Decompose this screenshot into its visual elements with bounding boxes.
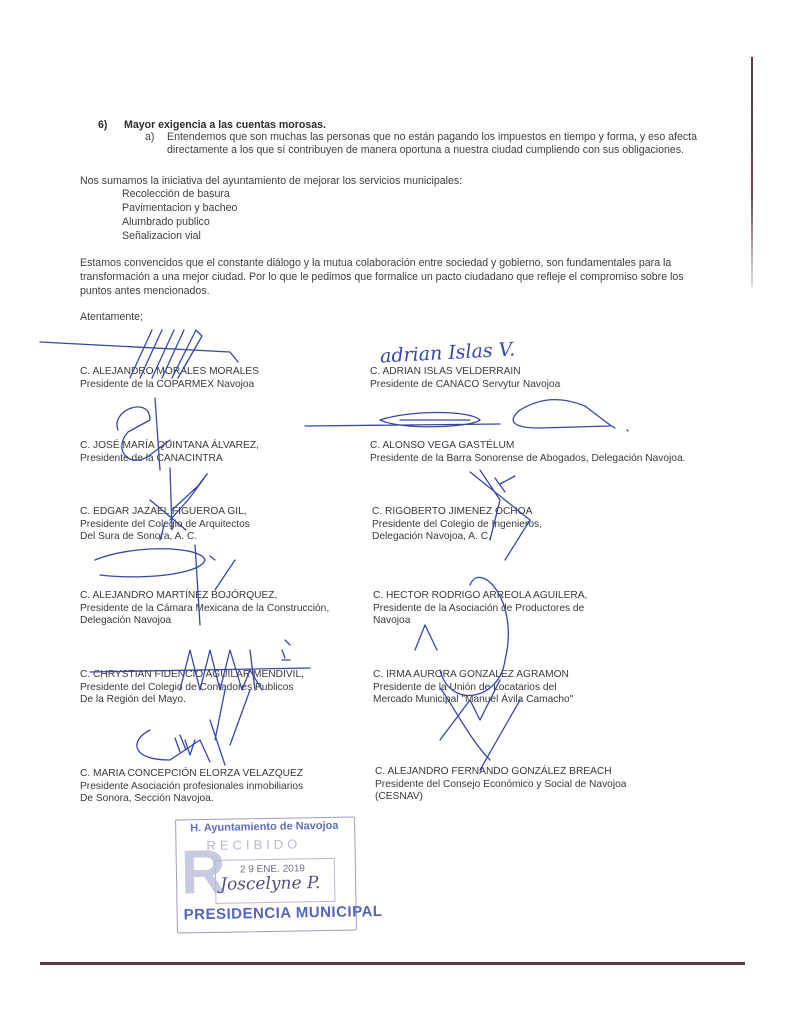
signatory-block: C. EDGAR JAZAEL FIGUEROA GIL, Presidente… xyxy=(80,506,250,544)
signatory-block: C. RIGOBERTO JIMENEZ OCHOA Presidente de… xyxy=(372,506,542,544)
signatory-role: Presidente del Colegio de Contadores Pub… xyxy=(80,682,304,695)
signatory-role: (CESNAV) xyxy=(375,791,626,804)
bottom-rule xyxy=(40,962,745,965)
service-item: Señalizacion vial xyxy=(122,230,201,243)
signatory-name: C. HECTOR RODRIGO ARREOLA AGUILERA, xyxy=(373,590,587,603)
signatory-name: C. EDGAR JAZAEL FIGUEROA GIL, xyxy=(80,506,250,519)
item-line-1: Entendemos que son muchas las personas q… xyxy=(167,131,697,144)
service-item: Pavimentacion y bacheo xyxy=(122,202,237,215)
reception-stamp: R H. Ayuntamiento de Navojoa RECIBIDO 2 … xyxy=(175,816,357,933)
item-marker: a) xyxy=(145,131,154,144)
signatory-role: Presidente de la CANACINTRA xyxy=(80,453,259,466)
signatory-block: C. ADRIAN ISLAS VELDERRAIN Presidente de… xyxy=(370,366,560,391)
closing-line-2: transformación a una mejor ciudad. Por l… xyxy=(80,271,684,284)
margin-rule xyxy=(751,57,753,287)
signatory-role: Presidente del Consejo Económico y Socia… xyxy=(375,779,626,792)
signatory-block: C. HECTOR RODRIGO ARREOLA AGUILERA, Pres… xyxy=(373,590,587,628)
service-item: Alumbrado publico xyxy=(122,216,210,229)
signatory-role: Delegación Navojoa xyxy=(80,615,329,628)
signatory-block: C. IRMA AURORA GONZALEZ AGRAMON Presiden… xyxy=(373,669,573,707)
stamp-title: H. Ayuntamiento de Navojoa xyxy=(190,820,339,835)
signatory-name: C. CHRYSTIAN FIDENCIO AGUILAR MENDÍVIL, xyxy=(80,669,304,682)
signatory-name: C. RIGOBERTO JIMENEZ OCHOA xyxy=(372,506,542,519)
signatory-name: C. JOSÉ MARÍA QUINTANA ÁLVAREZ, xyxy=(80,440,259,453)
signatory-role: De Sonora, Sección Navojoa. xyxy=(80,793,303,806)
signatory-role: Mercado Municipal "Manuel Ávila Camacho" xyxy=(373,694,573,707)
document-page: 6) Mayor exigencia a las cuentas morosas… xyxy=(0,0,793,1024)
signatory-role: Presidente de la Barra Sonorense de Abog… xyxy=(370,453,685,466)
signatory-role: Presidente Asociación profesionales inmo… xyxy=(80,781,303,794)
signatory-role: Presidente del Colegio de Arquitectos xyxy=(80,519,250,532)
section-number: 6) xyxy=(98,119,107,132)
signatory-role: Presidente de la Cámara Mexicana de la C… xyxy=(80,603,329,616)
stamp-received: RECIBIDO xyxy=(206,836,301,853)
stamp-inner-box: 2 9 ENE. 2019 Joscelyne P. xyxy=(215,858,336,904)
signatory-name: C. ALEJANDRO MARTÍNEZ BOJÓRQUEZ, xyxy=(80,590,329,603)
signatory-name: C. ALEJANDRO FERNANDO GONZÁLEZ BREACH xyxy=(375,766,626,779)
signatory-block: C. ALEJANDRO MORALES MORALES Presidente … xyxy=(80,366,259,391)
signatory-block: C. ALEJANDRO MARTÍNEZ BOJÓRQUEZ, Preside… xyxy=(80,590,329,628)
stamp-department: PRESIDENCIA MUNICIPAL xyxy=(184,903,383,923)
signatory-name: C. ALEJANDRO MORALES MORALES xyxy=(80,366,259,379)
signatory-block: C. CHRYSTIAN FIDENCIO AGUILAR MENDÍVIL, … xyxy=(80,669,304,707)
signatory-role: Delegación Navojoa, A. C. xyxy=(372,531,542,544)
signatory-block: C. ALONSO VEGA GASTÉLUM Presidente de la… xyxy=(370,440,685,465)
signatory-role: Presidente de la COPARMEX Navojoa xyxy=(80,379,259,392)
signatory-name: C. MARIA CONCEPCIÓN ELORZA VELAZQUEZ xyxy=(80,768,303,781)
service-item: Recolección de basura xyxy=(122,188,230,201)
item-line-2: directamente a los que sí contribuyen de… xyxy=(167,144,684,157)
salutation: Atentamente; xyxy=(80,311,143,324)
initiative-intro: Nos sumamos la iniciativa del ayuntamien… xyxy=(80,175,462,188)
signatory-block: C. JOSÉ MARÍA QUINTANA ÁLVAREZ, Presiden… xyxy=(80,440,259,465)
signatory-name: C. ALONSO VEGA GASTÉLUM xyxy=(370,440,685,453)
signatory-role: Presidente del Colegio de Ingenieros, xyxy=(372,519,542,532)
handwritten-signature: adrian Islas V. xyxy=(380,338,516,367)
signatory-role: Presidente de CANACO Servytur Navojoa xyxy=(370,379,560,392)
stamp-signer: Joscelyne P. xyxy=(220,873,321,895)
signatory-role: Presidente de la Asociación de Productor… xyxy=(373,603,587,616)
signatory-role: Presidente de la Unión de Locatarios del xyxy=(373,682,573,695)
signatory-block: C. MARIA CONCEPCIÓN ELORZA VELAZQUEZ Pre… xyxy=(80,768,303,806)
closing-line-3: puntos antes mencionados. xyxy=(80,285,210,298)
signatory-name: C. IRMA AURORA GONZALEZ AGRAMON xyxy=(373,669,573,682)
signatory-block: C. ALEJANDRO FERNANDO GONZÁLEZ BREACH Pr… xyxy=(375,766,626,804)
signatory-name: C. ADRIAN ISLAS VELDERRAIN xyxy=(370,366,560,379)
signatory-role: De la Región del Mayo. xyxy=(80,694,304,707)
signatory-role: Del Sura de Sonora, A. C. xyxy=(80,531,250,544)
closing-line-1: Estamos convencidos que el constante diá… xyxy=(80,257,671,270)
signatory-role: Navojoa xyxy=(373,615,587,628)
